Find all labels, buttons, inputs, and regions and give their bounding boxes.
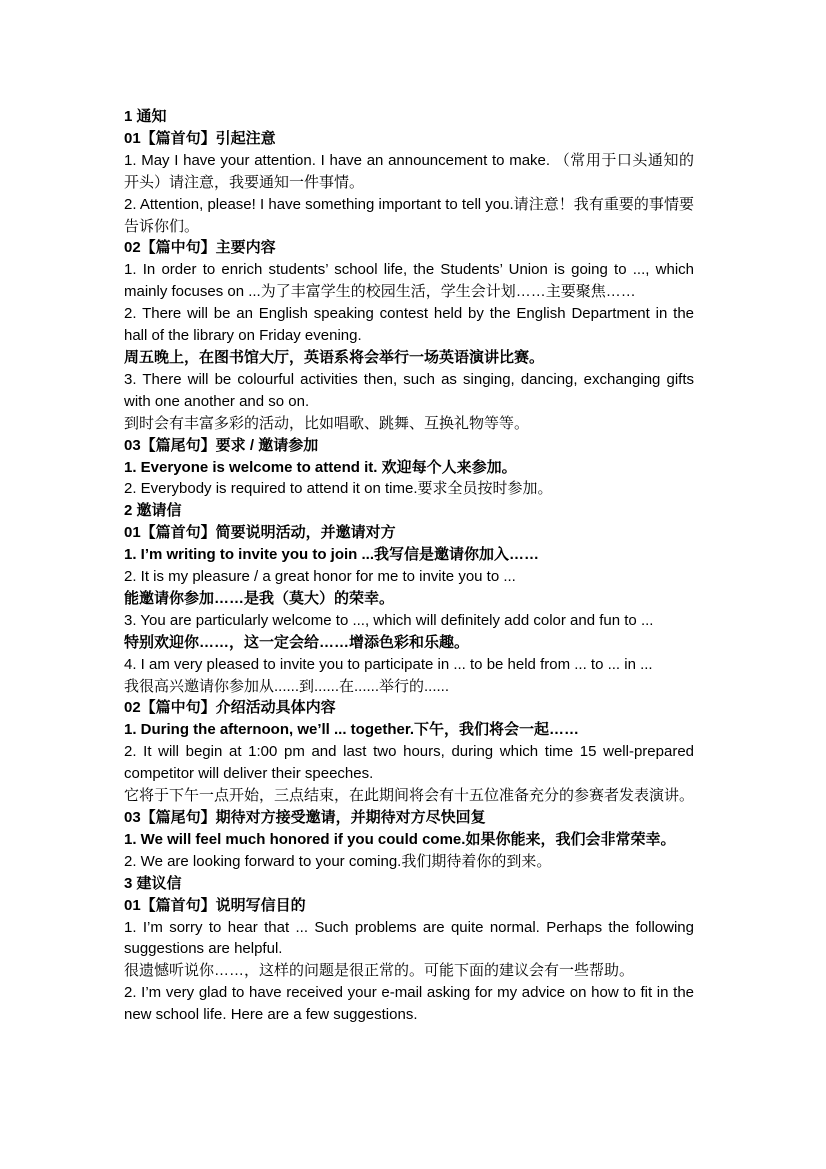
paragraph: 2. There will be an English speaking con… xyxy=(124,303,694,347)
paragraph: 1. We will feel much honored if you coul… xyxy=(124,829,694,851)
section-title: 2 邀请信 xyxy=(124,500,694,522)
paragraph: 1. I’m sorry to hear that ... Such probl… xyxy=(124,917,694,961)
paragraph: 很遗憾听说你……，这样的问题是很正常的。可能下面的建议会有一些帮助。 xyxy=(124,960,694,982)
sub-heading: 01【篇首句】引起注意 xyxy=(124,128,694,150)
paragraph: 能邀请你参加……是我（莫大）的荣幸。 xyxy=(124,588,694,610)
paragraph: 2. It is my pleasure / a great honor for… xyxy=(124,566,694,588)
sub-heading: 03【篇尾句】期待对方接受邀请，并期待对方尽快回复 xyxy=(124,807,694,829)
sub-heading: 01【篇首句】简要说明活动，并邀请对方 xyxy=(124,522,694,544)
section-title: 1 通知 xyxy=(124,106,694,128)
paragraph: 2. I’m very glad to have received your e… xyxy=(124,982,694,1026)
paragraph: 1. Everyone is welcome to attend it. 欢迎每… xyxy=(124,457,694,479)
sub-heading: 02【篇中句】主要内容 xyxy=(124,237,694,259)
paragraph: 到时会有丰富多彩的活动，比如唱歌、跳舞、互换礼物等等。 xyxy=(124,413,694,435)
sub-heading: 03【篇尾句】要求 / 邀请参加 xyxy=(124,435,694,457)
paragraph: 我很高兴邀请你参加从......到......在......举行的...... xyxy=(124,676,694,698)
paragraph: 特别欢迎你……，这一定会给……增添色彩和乐趣。 xyxy=(124,632,694,654)
document-page: 1 通知01【篇首句】引起注意1. May I have your attent… xyxy=(0,0,826,1169)
document-content: 1 通知01【篇首句】引起注意1. May I have your attent… xyxy=(124,106,694,1026)
sub-heading: 02【篇中句】介绍活动具体内容 xyxy=(124,697,694,719)
paragraph: 周五晚上，在图书馆大厅，英语系将会举行一场英语演讲比赛。 xyxy=(124,347,694,369)
section-title: 3 建议信 xyxy=(124,873,694,895)
paragraph: 1. In order to enrich students’ school l… xyxy=(124,259,694,303)
sub-heading: 01【篇首句】说明写信目的 xyxy=(124,895,694,917)
paragraph: 2. It will begin at 1:00 pm and last two… xyxy=(124,741,694,785)
paragraph: 3. There will be colourful activities th… xyxy=(124,369,694,413)
paragraph: 4. I am very pleased to invite you to pa… xyxy=(124,654,694,676)
paragraph: 3. You are particularly welcome to ..., … xyxy=(124,610,694,632)
paragraph: 1. I’m writing to invite you to join ...… xyxy=(124,544,694,566)
paragraph: 1. During the afternoon, we’ll ... toget… xyxy=(124,719,694,741)
paragraph: 1. May I have your attention. I have an … xyxy=(124,150,694,194)
paragraph: 2. Everybody is required to attend it on… xyxy=(124,478,694,500)
paragraph: 2. Attention, please! I have something i… xyxy=(124,194,694,238)
paragraph: 2. We are looking forward to your coming… xyxy=(124,851,694,873)
paragraph: 它将于下午一点开始，三点结束，在此期间将会有十五位准备充分的参赛者发表演讲。 xyxy=(124,785,694,807)
